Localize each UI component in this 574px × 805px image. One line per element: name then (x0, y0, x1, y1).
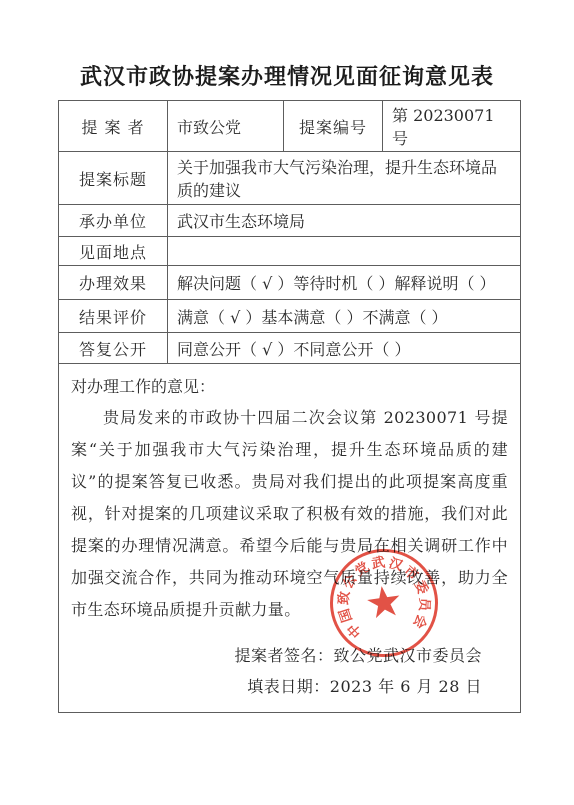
proposal-title-value: 关于加强我市大气污染治理，提升生态环境品质的建议 (168, 152, 521, 205)
signature-block: 提案者签名：致公党武汉市委员会 填表日期：2023 年 6 月 28 日 (71, 640, 508, 702)
page-title: 武汉市政协提案办理情况见面征询意见表 (0, 60, 574, 91)
proposal-number-value: 第 20230071 号 (383, 101, 521, 152)
proposal-form-table: 提 案 者 市致公党 提案编号 第 20230071 号 提案标题 关于加强我市… (58, 100, 521, 713)
table-row-proposal-title: 提案标题 关于加强我市大气污染治理，提升生态环境品质的建议 (59, 152, 521, 205)
proposer-label: 提 案 者 (59, 101, 168, 152)
table-row-opinion: 对办理工作的意见： 贵局发来的市政协十四届二次会议第 20230071 号提案“… (59, 364, 521, 713)
proposer-value: 市致公党 (168, 101, 284, 152)
table-row-reply-publicity: 答复公开 同意公开（ √ ）不同意公开（ ） (59, 333, 521, 364)
proposal-title-label: 提案标题 (59, 152, 168, 205)
opinion-cell: 对办理工作的意见： 贵局发来的市政协十四届二次会议第 20230071 号提案“… (59, 364, 521, 713)
meeting-place-value (168, 237, 521, 266)
result-evaluation-value: 满意（ √ ）基本满意（ ）不满意（ ） (168, 300, 521, 333)
handling-unit-label: 承办单位 (59, 205, 168, 237)
opinion-body: 贵局发来的市政协十四届二次会议第 20230071 号提案“关于加强我市大气污染… (71, 402, 508, 626)
handling-effect-value: 解决问题（ √ ）等待时机（ ）解释说明（ ） (168, 266, 521, 300)
signature-label: 提案者签名： (234, 646, 333, 665)
result-evaluation-label: 结果评价 (59, 300, 168, 333)
table-row-handling-effect: 办理效果 解决问题（ √ ）等待时机（ ）解释说明（ ） (59, 266, 521, 300)
table-row-meeting-place: 见面地点 (59, 237, 521, 266)
table-row-handling-unit: 承办单位 武汉市生态环境局 (59, 205, 521, 237)
opinion-heading: 对办理工作的意见： (71, 372, 508, 402)
signature-value: 致公党武汉市委员会 (333, 646, 482, 665)
handling-effect-label: 办理效果 (59, 266, 168, 300)
reply-publicity-label: 答复公开 (59, 333, 168, 364)
date-label: 填表日期： (247, 677, 330, 696)
signature-line: 提案者签名：致公党武汉市委员会 (71, 640, 482, 671)
handling-unit-value: 武汉市生态环境局 (168, 205, 521, 237)
table-row-proposer: 提 案 者 市致公党 提案编号 第 20230071 号 (59, 101, 521, 152)
form-page: 武汉市政协提案办理情况见面征询意见表 提 案 者 市致公党 提案编号 第 202… (0, 0, 574, 805)
table-row-result-evaluation: 结果评价 满意（ √ ）基本满意（ ）不满意（ ） (59, 300, 521, 333)
reply-publicity-value: 同意公开（ √ ）不同意公开（ ） (168, 333, 521, 364)
proposal-number-label: 提案编号 (284, 101, 383, 152)
meeting-place-label: 见面地点 (59, 237, 168, 266)
date-line: 填表日期：2023 年 6 月 28 日 (71, 671, 482, 702)
date-value: 2023 年 6 月 28 日 (330, 677, 482, 696)
